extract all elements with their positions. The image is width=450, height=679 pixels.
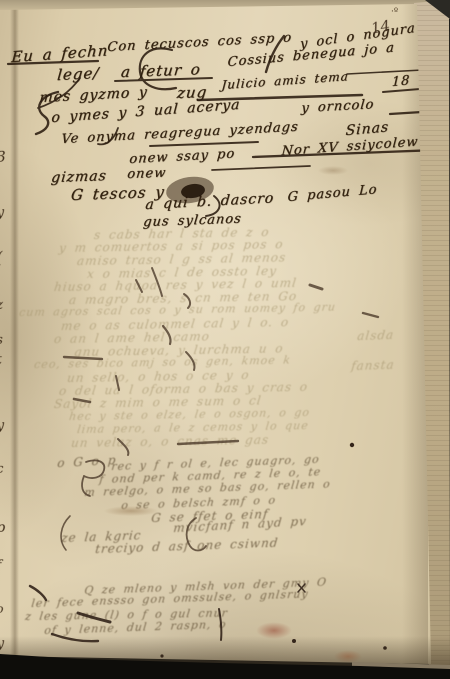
bottom-dark-strokes	[30, 584, 305, 641]
manuscript-page: Eu a fechnCon tecuscos cos ssp oy ocl o …	[0, 0, 450, 679]
ink-blotch	[164, 174, 215, 206]
ink-dots	[160, 443, 386, 664]
ink-flourishes	[0, 0, 450, 679]
manuscript-scan: Eu a fechnCon tecuscos cos ssp oy ocl o …	[0, 0, 450, 679]
middle-dark-strokes	[61, 268, 378, 551]
